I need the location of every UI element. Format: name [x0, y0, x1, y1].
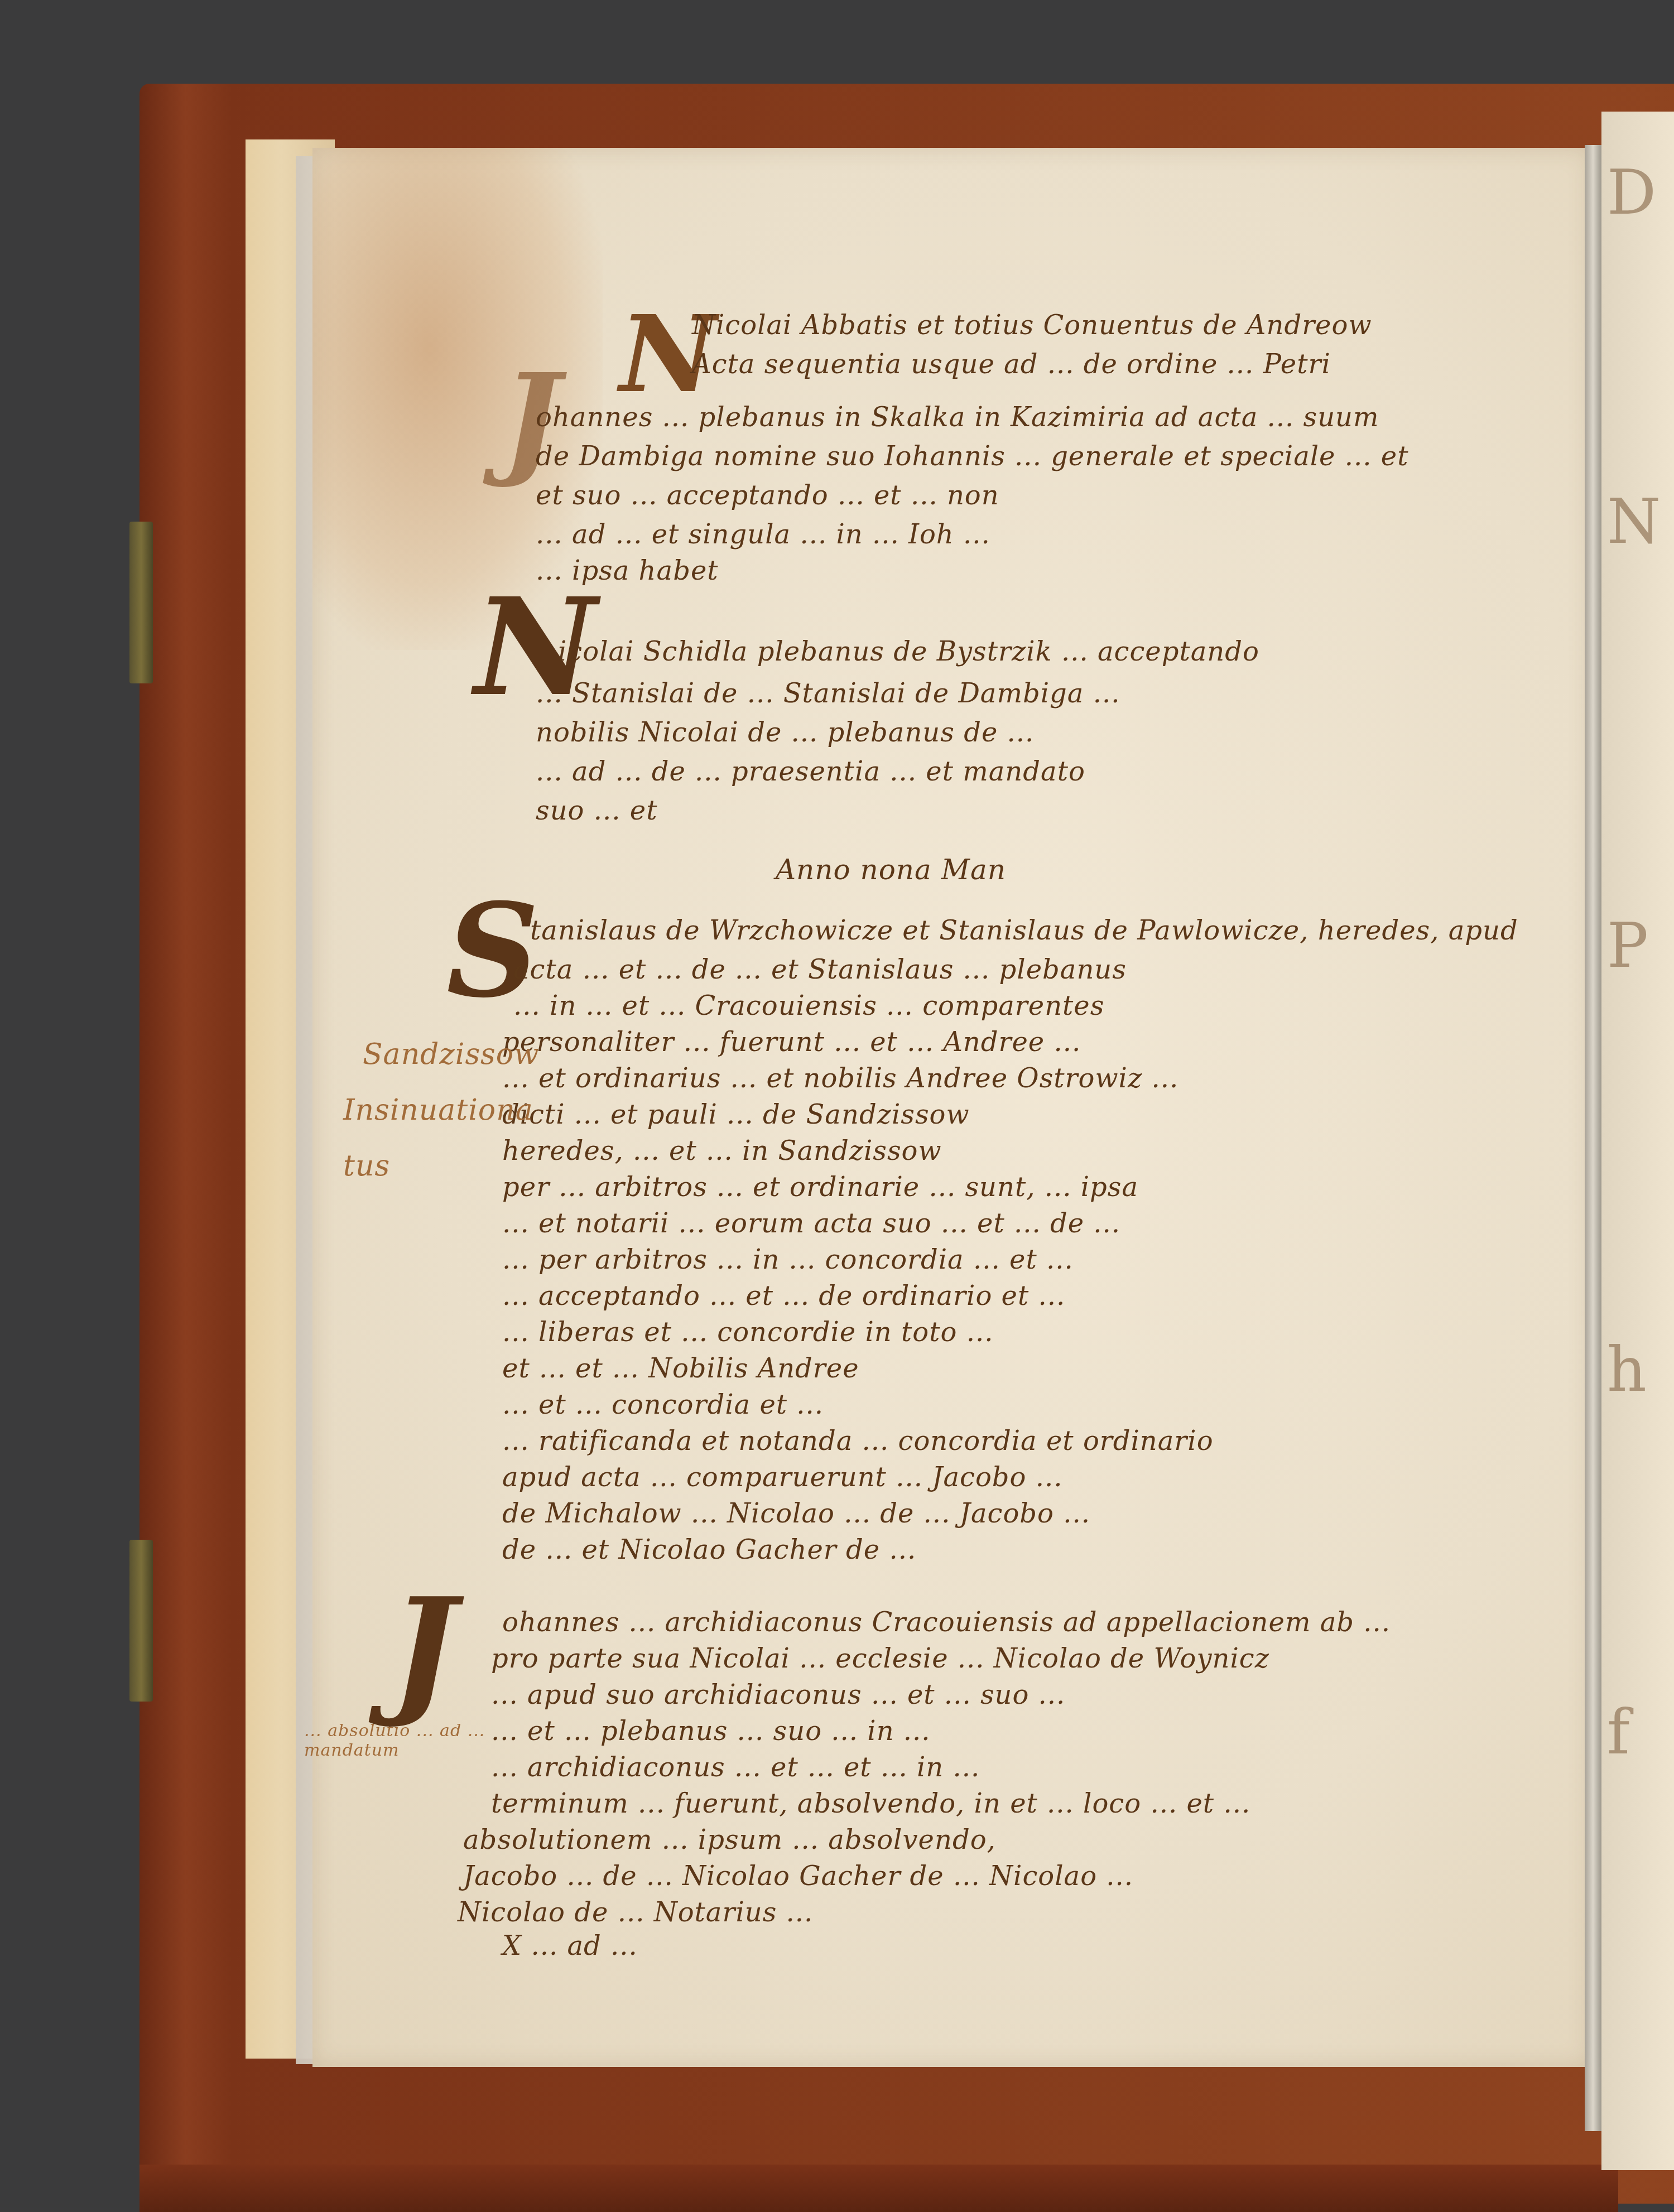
entry-line: absolutionem ... ipsum ... absolvendo, — [463, 1824, 996, 1856]
entry-line: ohannes ... plebanus in Skalka in Kazimi… — [536, 402, 1379, 433]
facing-page-fragment: h — [1607, 1339, 1663, 1439]
decorated-initial: J — [391, 1579, 456, 1718]
facing-page-fragment: P — [1607, 915, 1663, 1015]
entry-line: ... et notarii ... eorum acta suo ... et… — [502, 1208, 1120, 1239]
entry-line: ... apud suo archidiaconus ... et ... su… — [491, 1679, 1065, 1710]
heading-line: Acta sequentia usque ad ... de ordine ..… — [692, 349, 1331, 380]
entry-line: ... liberas et ... concordie in toto ... — [502, 1317, 993, 1348]
section-heading: Anno nona Man — [776, 854, 1006, 886]
entry-line: ... Stanislai de ... Stanislai de Dambig… — [536, 678, 1120, 709]
entry-line: acta ... et ... de ... et Stanislaus ...… — [513, 954, 1127, 985]
lower-clasp — [129, 1540, 153, 1702]
facing-page-fragment: f — [1607, 1702, 1663, 1802]
entry-line: suo ... et — [536, 795, 657, 826]
entry-line: de ... et Nicolao Gacher de ... — [502, 1534, 916, 1565]
facing-page-fragment: N — [1607, 491, 1663, 591]
binding-bottom-edge — [139, 2165, 1618, 2212]
heading-line: Nicolai Abbatis et totius Conuentus de A… — [692, 310, 1372, 341]
entry-line: de Michalow ... Nicolao ... de ... Jacob… — [502, 1498, 1090, 1529]
entry-line: ... acceptando ... et ... de ordinario e… — [502, 1280, 1065, 1312]
entry-line: et ... et ... Nobilis Andree — [502, 1353, 859, 1384]
entry-line: ... ad ... et singula ... in ... Ioh ... — [536, 519, 990, 550]
entry-line: Jacobo ... de ... Nicolao Gacher de ... … — [463, 1861, 1133, 1892]
facing-page — [1601, 112, 1674, 2170]
entry-line: personaliter ... fuerunt ... et ... Andr… — [502, 1027, 1081, 1058]
entry-line: heredes, ... et ... in Sandzissow — [502, 1135, 942, 1167]
entry-line: terminum ... fuerunt, absolvendo, in et … — [491, 1788, 1250, 1819]
entry-line: ... ratificanda et notanda ... concordia… — [502, 1425, 1214, 1457]
entry-line: et suo ... acceptando ... et ... non — [536, 480, 999, 511]
entry-line: apud acta ... comparuerunt ... Jacobo ..… — [502, 1462, 1063, 1493]
book-gutter — [1585, 145, 1601, 2131]
entry-line: ... ad ... de ... praesentia ... et mand… — [536, 756, 1085, 787]
entry-line: pro parte sua Nicolai ... ecclesie ... N… — [491, 1643, 1269, 1674]
entry-line: ... et ... plebanus ... suo ... in ... — [491, 1715, 931, 1747]
entry-line: ... archidiaconus ... et ... et ... in .… — [491, 1752, 980, 1783]
entry-line: ... et ... concordia et ... — [502, 1389, 824, 1420]
entry-line: Nicolao de ... Notarius ... — [458, 1897, 813, 1928]
entry-line: ... in ... et ... Cracouiensis ... compa… — [513, 990, 1104, 1021]
entry-line: X ... ad ... — [502, 1930, 638, 1962]
upper-clasp — [129, 522, 153, 683]
entry-line: nobilis Nicolai de ... plebanus de ... — [536, 717, 1034, 748]
entry-line: ... per arbitros ... in ... concordia ..… — [502, 1244, 1074, 1275]
entry-line: dicti ... et pauli ... de Sandzissow — [502, 1099, 970, 1130]
entry-line: tanislaus de Wrzchowicze et Stanislaus d… — [530, 915, 1518, 946]
entry-line: de Dambiga nomine suo Iohannis ... gener… — [536, 441, 1408, 472]
entry-line: per ... arbitros ... et ordinarie ... su… — [502, 1172, 1138, 1203]
facing-page-fragment: D — [1607, 162, 1663, 262]
margin-note: tus — [343, 1149, 390, 1183]
entry-line: ... et ordinarius ... et nobilis Andree … — [502, 1063, 1178, 1094]
entry-line: icolai Schidla plebanus de Bystrzik ... … — [558, 636, 1259, 667]
margin-note: Sandzissow — [363, 1038, 540, 1071]
margin-note: Insinuationa — [343, 1093, 533, 1127]
entry-line: ohannes ... archidiaconus Cracouiensis a… — [502, 1607, 1391, 1638]
